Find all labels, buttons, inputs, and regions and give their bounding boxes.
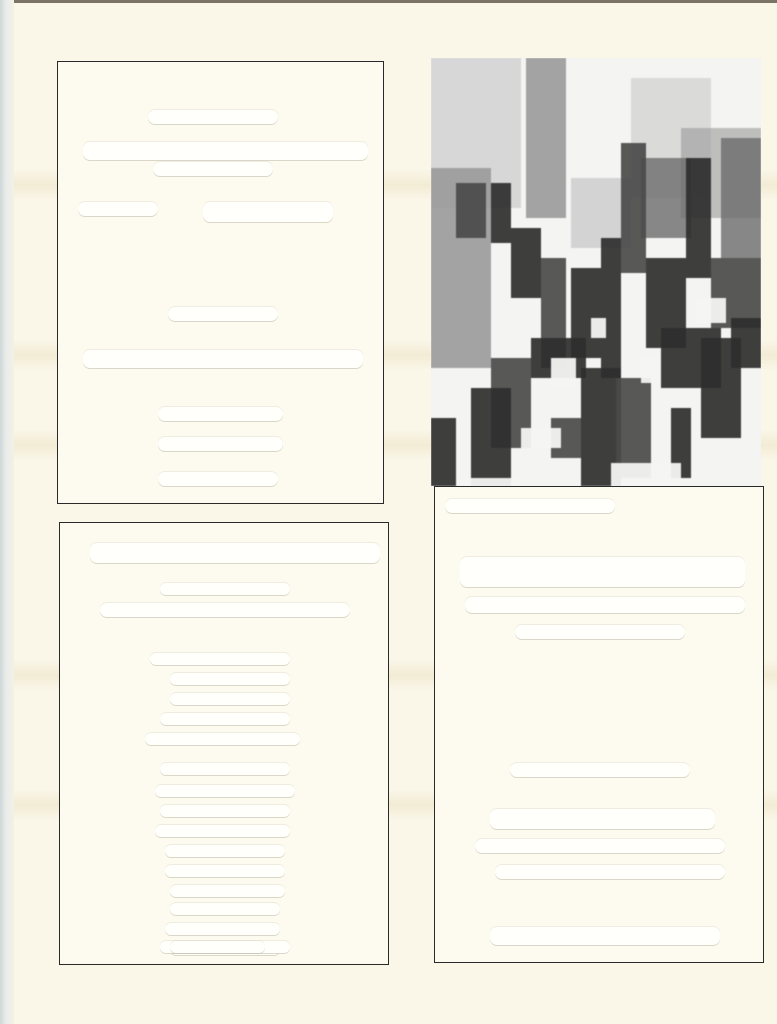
redacted-line bbox=[490, 809, 715, 829]
redacted-line bbox=[148, 110, 278, 124]
redacted-line bbox=[170, 903, 280, 915]
redacted-line bbox=[158, 407, 283, 421]
redacted-line bbox=[100, 603, 350, 617]
bottom-left-text-box bbox=[59, 522, 389, 965]
abstract-painting bbox=[431, 58, 761, 486]
redacted-line bbox=[515, 625, 685, 639]
redacted-line bbox=[170, 673, 290, 685]
redacted-line bbox=[83, 350, 363, 368]
redacted-line bbox=[170, 885, 285, 897]
redacted-line bbox=[165, 923, 280, 935]
redacted-line bbox=[83, 142, 368, 160]
redacted-line bbox=[165, 865, 285, 877]
redacted-line bbox=[445, 499, 615, 513]
redacted-line bbox=[168, 307, 278, 321]
redacted-line bbox=[155, 785, 295, 797]
redacted-line bbox=[460, 557, 745, 587]
top-left-text-box bbox=[57, 61, 384, 504]
redacted-line bbox=[495, 865, 725, 879]
redacted-line bbox=[153, 162, 273, 176]
redacted-line bbox=[158, 437, 283, 451]
redacted-line bbox=[165, 845, 285, 857]
redacted-line bbox=[160, 583, 290, 595]
page-top-edge bbox=[14, 0, 777, 3]
redacted-line bbox=[150, 653, 290, 665]
redacted-line bbox=[158, 472, 278, 486]
redacted-line bbox=[510, 763, 690, 777]
redacted-line bbox=[170, 693, 290, 705]
redacted-line bbox=[203, 202, 333, 222]
redacted-line bbox=[490, 927, 720, 945]
redacted-line bbox=[475, 839, 725, 853]
redacted-line bbox=[170, 941, 265, 953]
bottom-right-text-box bbox=[434, 486, 764, 963]
redacted-line bbox=[160, 713, 290, 725]
redacted-line bbox=[160, 805, 290, 817]
redacted-line bbox=[90, 543, 380, 563]
scanner-edge bbox=[0, 0, 14, 1024]
redacted-line bbox=[160, 763, 290, 775]
redacted-line bbox=[78, 202, 158, 216]
redacted-line bbox=[145, 733, 300, 745]
redacted-line bbox=[465, 597, 745, 613]
redacted-line bbox=[155, 825, 290, 837]
